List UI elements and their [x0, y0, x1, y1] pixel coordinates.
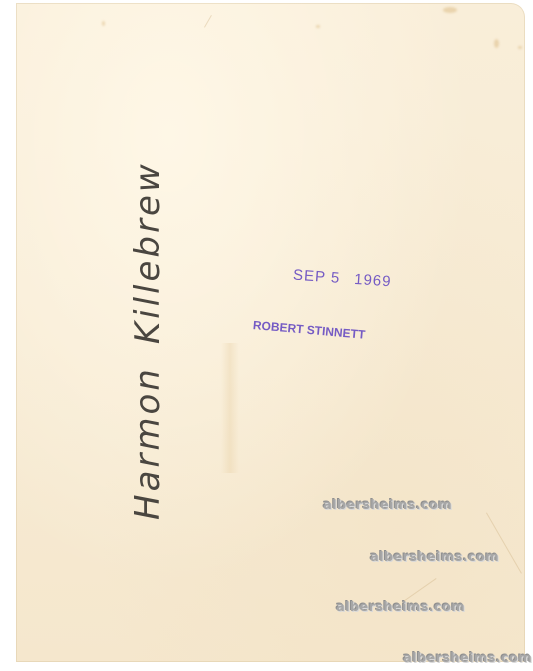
age-stain	[494, 39, 499, 48]
faint-discoloration	[221, 343, 239, 473]
caption-first-name: Harmon	[128, 366, 168, 520]
handwritten-caption: HarmonKillebrew	[128, 161, 168, 520]
watermark: albersheims.com	[336, 600, 465, 615]
watermark: albersheims.com	[403, 651, 532, 666]
age-stain	[102, 21, 105, 26]
crease-mark	[204, 15, 212, 28]
crease-mark	[403, 578, 436, 602]
watermark: albersheims.com	[370, 550, 499, 565]
caption-last-name: Killebrew	[128, 161, 168, 344]
age-stain	[518, 46, 522, 49]
age-stain	[316, 25, 320, 28]
scan-canvas: HarmonKillebrew SEP 51969 ROBERT STINNET…	[0, 0, 533, 671]
date-stamp-year: 1969	[354, 271, 392, 291]
watermark: albersheims.com	[323, 498, 452, 513]
age-stain	[443, 7, 457, 13]
date-stamp-month-day: SEP 5	[293, 267, 341, 287]
